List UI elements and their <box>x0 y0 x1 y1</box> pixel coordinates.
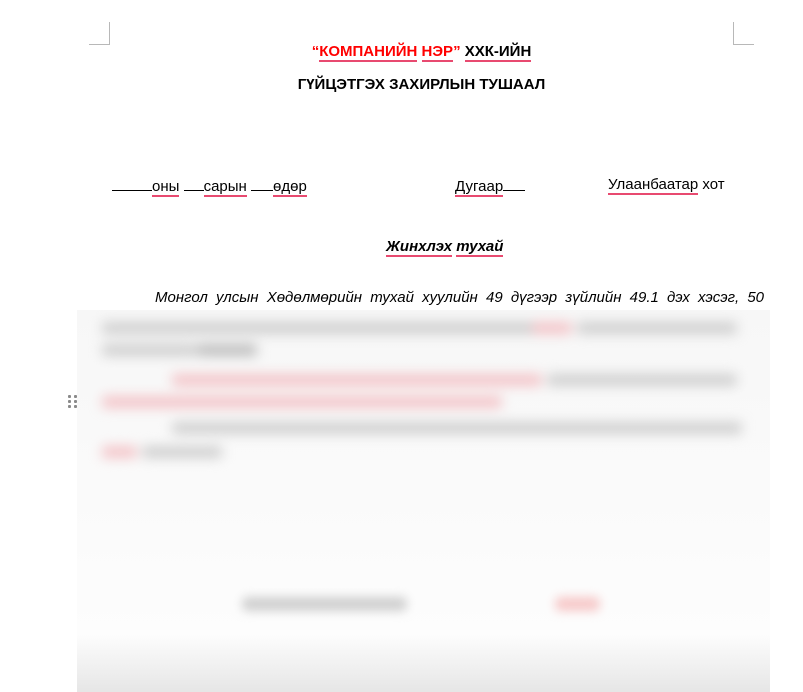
order-title: ГҮЙЦЭТГЭХ ЗАХИРЛЫН ТУШААЛ <box>0 76 803 93</box>
year-blank[interactable] <box>112 176 152 191</box>
company-suffix[interactable]: ХХК-ИЙН <box>465 43 532 62</box>
close-quote: ” <box>453 43 461 60</box>
company-name-word1[interactable]: КОМПАНИЙН <box>319 43 417 62</box>
location-suffix: хот <box>702 176 724 193</box>
location-city: Улаанбаатар <box>608 176 698 195</box>
company-name-word2[interactable]: НЭР <box>422 43 454 62</box>
day-blank[interactable] <box>251 176 273 191</box>
order-subject: Жинхлэх тухай <box>386 238 503 255</box>
month-blank[interactable] <box>184 176 204 191</box>
order-number-field: Дугаар <box>455 176 525 195</box>
number-blank[interactable] <box>503 176 525 191</box>
blurred-price-badge <box>555 597 600 611</box>
page-corner-mark-top-right <box>733 22 754 45</box>
subject-word1: Жинхлэх <box>386 238 452 257</box>
number-label: Дугаар <box>455 178 503 197</box>
month-label: сарын <box>204 178 247 197</box>
company-heading: “КОМПАНИЙН НЭР” ХХК-ИЙН <box>0 43 803 60</box>
body-paragraph-first-line: Монгол улсын Хөдөлмөрийн тухай хуулийн 4… <box>155 289 737 306</box>
day-label: өдөр <box>273 178 307 197</box>
blurred-download-button[interactable] <box>242 597 407 611</box>
page-corner-mark-top-left <box>89 22 110 45</box>
date-fields: оны сарын өдөр <box>112 176 307 195</box>
blurred-content-overlay <box>77 310 770 692</box>
subject-word2: тухай <box>456 238 503 257</box>
blurred-body-text <box>77 310 770 692</box>
location-field: Улаанбаатар хот <box>608 176 725 193</box>
year-label: оны <box>152 178 179 197</box>
